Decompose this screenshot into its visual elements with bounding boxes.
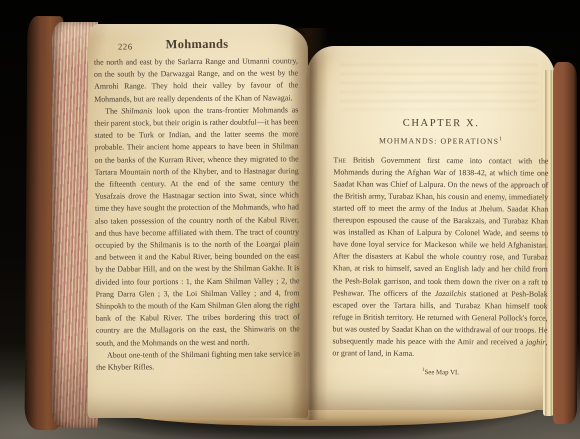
text-segment: About one-tenth of the Shilmani fighting… [96, 349, 300, 372]
text-segment: look upon the trans-frontier Mohmands as… [94, 105, 300, 347]
footnote-text: See Map VI. [425, 369, 459, 376]
chapter-heading: CHAPTER X. [334, 117, 549, 129]
text-segment: the north and east by the Sarlarra Range… [94, 56, 298, 103]
footnote-reference-marker: 1 [499, 136, 503, 142]
text-segment: The [105, 106, 121, 115]
left-page-header: 226 Mohmands [95, 36, 299, 53]
right-page-body: The British Government first came into c… [332, 154, 548, 361]
right-page-column: CHAPTER X. MOHMANDS: OPERATIONS1 The Bri… [332, 117, 548, 360]
section-title: MOHMANDS: OPERATIONS1 [333, 135, 548, 146]
open-book-photo: 226 Mohmands the north and east by the S… [0, 0, 580, 439]
text-segment: jaghir [526, 337, 545, 346]
ink-bleed-through [340, 64, 538, 110]
text-segment: Jazailchis [435, 289, 467, 298]
text-segment: British Government first came into conta… [333, 155, 549, 297]
text-segment: Shilmanis [121, 106, 152, 115]
running-head: Mohmands [95, 36, 299, 52]
right-cover-board [553, 62, 577, 424]
left-page-body: the north and east by the Sarlarra Range… [94, 55, 300, 374]
section-title-text: MOHMANDS: OPERATIONS [379, 136, 499, 146]
footnote: 1See Map VI. [333, 367, 548, 376]
paragraph: the north and east by the Sarlarra Range… [94, 55, 298, 105]
text-segment: The [333, 155, 346, 164]
paragraph: The Shilmanis look upon the trans-fronti… [94, 104, 300, 349]
paragraph: The British Government first came into c… [332, 154, 548, 361]
paragraph: About one-tenth of the Shilmani fighting… [96, 348, 300, 374]
